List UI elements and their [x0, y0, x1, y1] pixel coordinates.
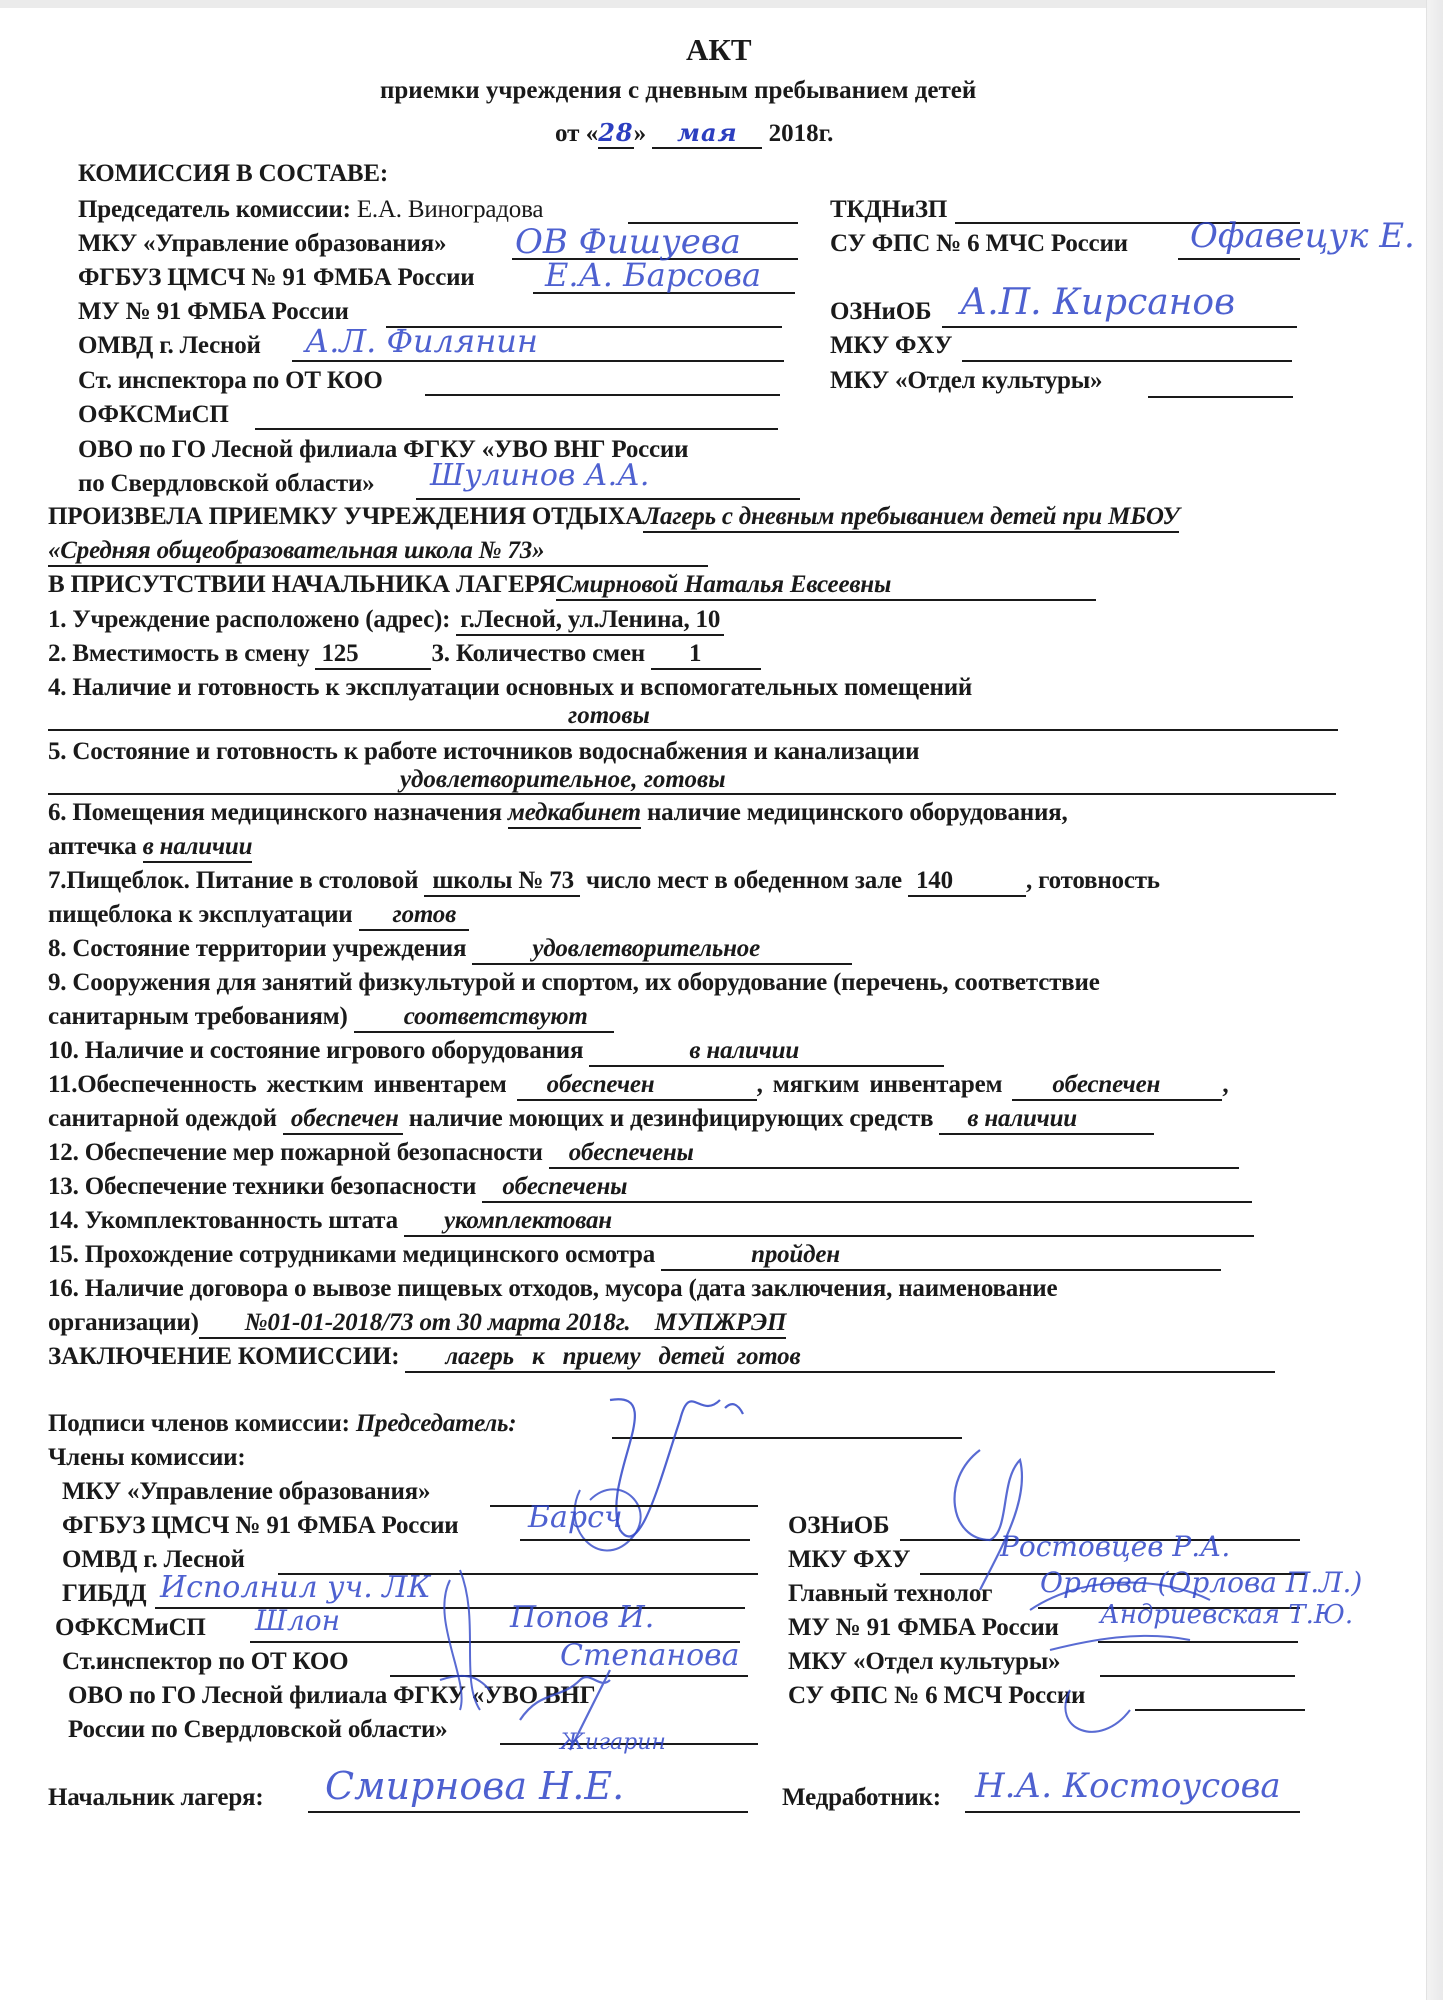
acceptance-label: ПРОИЗВЕЛА ПРИЕМКУ УЧРЕЖДЕНИЯ ОТДЫХА	[48, 503, 643, 530]
item-7-label4: пищеблока к эксплуатации	[48, 901, 352, 928]
document-date: от «28» мая 2018г.	[555, 118, 833, 149]
item-16-row2: организации)№01-01-2018/73 от 30 марта 2…	[48, 1309, 786, 1339]
handwritten-signature: Шлон	[255, 1604, 340, 1637]
item-4-label: 4. Наличие и готовность к эксплуатации о…	[48, 674, 972, 702]
item-2-3: 2. Вместимость в смену 1253. Количество …	[48, 640, 761, 670]
item-11-value: обеспечен	[517, 1071, 757, 1101]
commission-member-label: Ст. инспектора по ОТ КОО	[78, 367, 383, 395]
presence-row: В ПРИСУТСТВИИ НАЧАЛЬНИКА ЛАГЕРЯСмирновой…	[48, 571, 1096, 601]
item-16-value: №01-01-2018/73 от 30 марта 2018г. МУПЖРЭ…	[199, 1309, 787, 1339]
item-14: 14. Укомплектованность штата укомплектов…	[48, 1207, 1254, 1237]
item-10-label: 10. Наличие и состояние игрового оборудо…	[48, 1037, 583, 1064]
commission-member-label: МКУ «Управление образования»	[78, 230, 446, 258]
item-7: 7.Пищеблок. Питание в столовой школы № 7…	[48, 867, 1160, 897]
handwritten-signature: Офавецук Е.	[1190, 216, 1415, 256]
acceptance-value-line1: Лагерь с дневным пребыванием детей при М…	[643, 503, 1179, 533]
signature-member-label: ФГБУЗ ЦМСЧ № 91 ФМБА России	[62, 1512, 459, 1540]
medic-signature-line	[965, 1811, 1300, 1813]
item-5-label: 5. Состояние и готовность к работе источ…	[48, 738, 919, 766]
commission-member-label: МКУ ФХУ	[830, 332, 952, 360]
conclusion-label: ЗАКЛЮЧЕНИЕ КОМИССИИ:	[48, 1343, 399, 1370]
commission-member-label: по Свердловской области»	[78, 470, 374, 498]
signature-member-label: МКУ «Управление образования»	[62, 1478, 430, 1506]
commission-member-label: ФГБУЗ ЦМСЧ № 91 ФМБА России	[78, 264, 475, 292]
acceptance-value-line2: «Средняя общеобразовательная школа № 73»	[48, 537, 708, 567]
item-11-value3: обеспечен	[283, 1105, 403, 1135]
item-16-label: 16. Наличие договора о вывозе пищевых от…	[48, 1275, 1057, 1303]
item-13: 13. Обеспечение техники безопасности обе…	[48, 1173, 1252, 1203]
signature-member-label: МКУ ФХУ	[788, 1546, 910, 1574]
members-heading: Члены комиссии:	[48, 1444, 246, 1472]
item-11-label3: санитарной одеждой	[48, 1105, 277, 1132]
item-15: 15. Прохождение сотрудниками медицинског…	[48, 1241, 1221, 1271]
item-7-label3: , готовность	[1026, 867, 1160, 894]
signatures-heading: Подписи членов комиссии:	[48, 1410, 350, 1437]
document-subtitle: приемки учреждения с дневным пребыванием…	[380, 77, 976, 105]
item-1-label: 1. Учреждение расположено (адрес):	[48, 606, 450, 633]
date-day: 28	[598, 118, 633, 149]
handwritten-signature: Барсч	[528, 1500, 623, 1535]
item-12-value: обеспечены	[549, 1139, 1239, 1169]
item-11-label4: наличие моющих и дезинфицирующих средств	[409, 1105, 933, 1132]
presence-label: В ПРИСУТСТВИИ НАЧАЛЬНИКА ЛАГЕРЯ	[48, 571, 556, 598]
handwritten-signature: Жигарин	[560, 1730, 666, 1755]
signatures-heading-row: Подписи членов комиссии: Председатель:	[48, 1410, 516, 1438]
item-7-value2: 140	[908, 867, 1026, 897]
item-2-value: 125	[315, 640, 431, 670]
item-7-value3: готов	[359, 901, 469, 931]
date-year: 2018г.	[769, 120, 834, 147]
date-month: мая	[652, 118, 762, 149]
signatures-chair-label: Председатель:	[356, 1410, 517, 1437]
chair-name: Е.А. Виноградова	[357, 196, 543, 223]
handwritten-signature: Е.А. Барсова	[545, 256, 761, 294]
item-1: 1. Учреждение расположено (адрес): г.Лес…	[48, 606, 724, 636]
item-10-value: в наличии	[589, 1037, 944, 1067]
item-1-value: г.Лесной, ул.Ленина, 10	[456, 606, 724, 636]
item-7-row2: пищеблока к эксплуатации готов	[48, 901, 469, 931]
item-4-value: готовы	[568, 702, 650, 730]
item-11-label2: , мягким инвентарем	[757, 1071, 1003, 1098]
item-9-label: 9. Сооружения для занятий физкультурой и…	[48, 969, 1100, 997]
item-7-label2: число мест в обеденном зале	[586, 867, 902, 894]
item-6: 6. Помещения медицинского назначения мед…	[48, 799, 1068, 829]
item-8: 8. Состояние территории учреждения удовл…	[48, 935, 852, 965]
camp-head-label: Начальник лагеря:	[48, 1784, 263, 1812]
item-6-value: медкабинет	[508, 799, 641, 829]
commission-member-label: ТКДНиЗП	[830, 196, 947, 224]
item-10: 10. Наличие и состояние игрового оборудо…	[48, 1037, 944, 1067]
item-12: 12. Обеспечение мер пожарной безопасност…	[48, 1139, 1239, 1169]
item-2-label: 2. Вместимость в смену	[48, 640, 309, 667]
item-6-row2: аптечка в наличии	[48, 833, 252, 863]
handwritten-signature: А.Л. Филянин	[305, 322, 538, 360]
item-3-label: 3. Количество смен	[431, 640, 644, 667]
item-6-value2: в наличии	[143, 833, 253, 863]
item-12-label: 12. Обеспечение мер пожарной безопасност…	[48, 1139, 543, 1166]
acceptance-row-2: «Средняя общеобразовательная школа № 73»	[48, 537, 708, 567]
item-13-label: 13. Обеспечение техники безопасности	[48, 1173, 476, 1200]
document-title: АКТ	[686, 32, 752, 68]
scan-top-shade	[0, 0, 1443, 8]
signature-member-label: ОФКСМиСП	[55, 1614, 206, 1642]
commission-member-label: МКУ «Отдел культуры»	[830, 367, 1102, 395]
commission-member-label: СУ ФПС № 6 МЧС России	[830, 230, 1128, 258]
item-15-label: 15. Прохождение сотрудниками медицинског…	[48, 1241, 655, 1268]
item-8-value: удовлетворительное	[472, 935, 852, 965]
item-9-row2: санитарным требованиям) соответствуют	[48, 1003, 614, 1033]
camp-head-signature-line	[308, 1811, 748, 1813]
commission-member-signature-line	[1148, 396, 1293, 398]
item-6-label: 6. Помещения медицинского назначения	[48, 799, 502, 826]
signature-member-label: Ст.инспектор по ОТ КОО	[62, 1648, 348, 1676]
item-11-row2: санитарной одеждой обеспечен наличие мою…	[48, 1105, 1154, 1135]
item-4-line	[48, 729, 1338, 731]
item-8-label: 8. Состояние территории учреждения	[48, 935, 466, 962]
item-16-label2: организации)	[48, 1309, 199, 1336]
commission-member-signature-line	[416, 498, 800, 500]
item-11-value2: обеспечен	[1012, 1071, 1222, 1101]
commission-heading: КОМИССИЯ В СОСТАВЕ:	[78, 160, 388, 188]
item-5-value: удовлетворительное, готовы	[400, 766, 726, 794]
signature-member-line	[520, 1539, 750, 1541]
item-14-value: укомплектован	[404, 1207, 1254, 1237]
date-mid: »	[634, 120, 647, 147]
item-6-label3: аптечка	[48, 833, 137, 860]
item-9-label2: санитарным требованиям)	[48, 1003, 348, 1030]
handwritten-signature: Смирнова Н.Е.	[325, 1764, 624, 1808]
presence-value: Смирновой Наталья Евсеевны	[556, 571, 1096, 601]
commission-member-signature-line	[1178, 258, 1300, 260]
handwritten-signature: Н.А. Костоусова	[975, 1766, 1281, 1806]
scan-page-edge	[1426, 0, 1443, 2000]
medic-label: Медработник:	[782, 1784, 941, 1812]
handwritten-signature: А.П. Кирсанов	[960, 282, 1235, 323]
item-14-label: 14. Укомплектованность штата	[48, 1207, 398, 1234]
item-11-value4: в наличии	[939, 1105, 1154, 1135]
right-signatures-scribble	[900, 1440, 1320, 1760]
date-prefix: от «	[555, 120, 598, 147]
signature-member-label: ОЗНиОБ	[788, 1512, 889, 1540]
item-7-value: школы № 73	[424, 867, 580, 897]
commission-member-signature-line	[425, 394, 780, 396]
item-7-label: 7.Пищеблок. Питание в столовой	[48, 867, 418, 894]
signature-member-label: ГИБДД	[62, 1580, 146, 1608]
handwritten-signature: Шулинов А.А.	[430, 458, 649, 493]
item-9-value: соответствуют	[354, 1003, 614, 1033]
commission-member-label: ОМВД г. Лесной	[78, 332, 261, 360]
item-3-value: 1	[651, 640, 761, 670]
item-11-label: 11.Обеспеченность жестким инвентарем	[48, 1071, 507, 1098]
chair-label: Председатель комиссии:	[78, 196, 351, 223]
item-6-label2: наличие медицинского оборудования,	[647, 799, 1068, 826]
commission-member-signature-line	[942, 326, 1297, 328]
commission-member-signature-line	[292, 360, 784, 362]
acceptance-row: ПРОИЗВЕЛА ПРИЕМКУ УЧРЕЖДЕНИЯ ОТДЫХАЛагер…	[48, 503, 1179, 533]
item-11: 11.Обеспеченность жестким инвентарем обе…	[48, 1071, 1228, 1101]
commission-chair: Председатель комиссии: Е.А. Виноградова	[78, 196, 543, 224]
commission-member-signature-line	[962, 360, 1292, 362]
commission-member-signature-line	[255, 428, 778, 430]
item-15-value: пройден	[661, 1241, 1221, 1271]
item-13-value: обеспечены	[482, 1173, 1252, 1203]
commission-member-label: ОФКСМиСП	[78, 401, 229, 429]
commission-member-label: ОЗНиОБ	[830, 298, 931, 326]
